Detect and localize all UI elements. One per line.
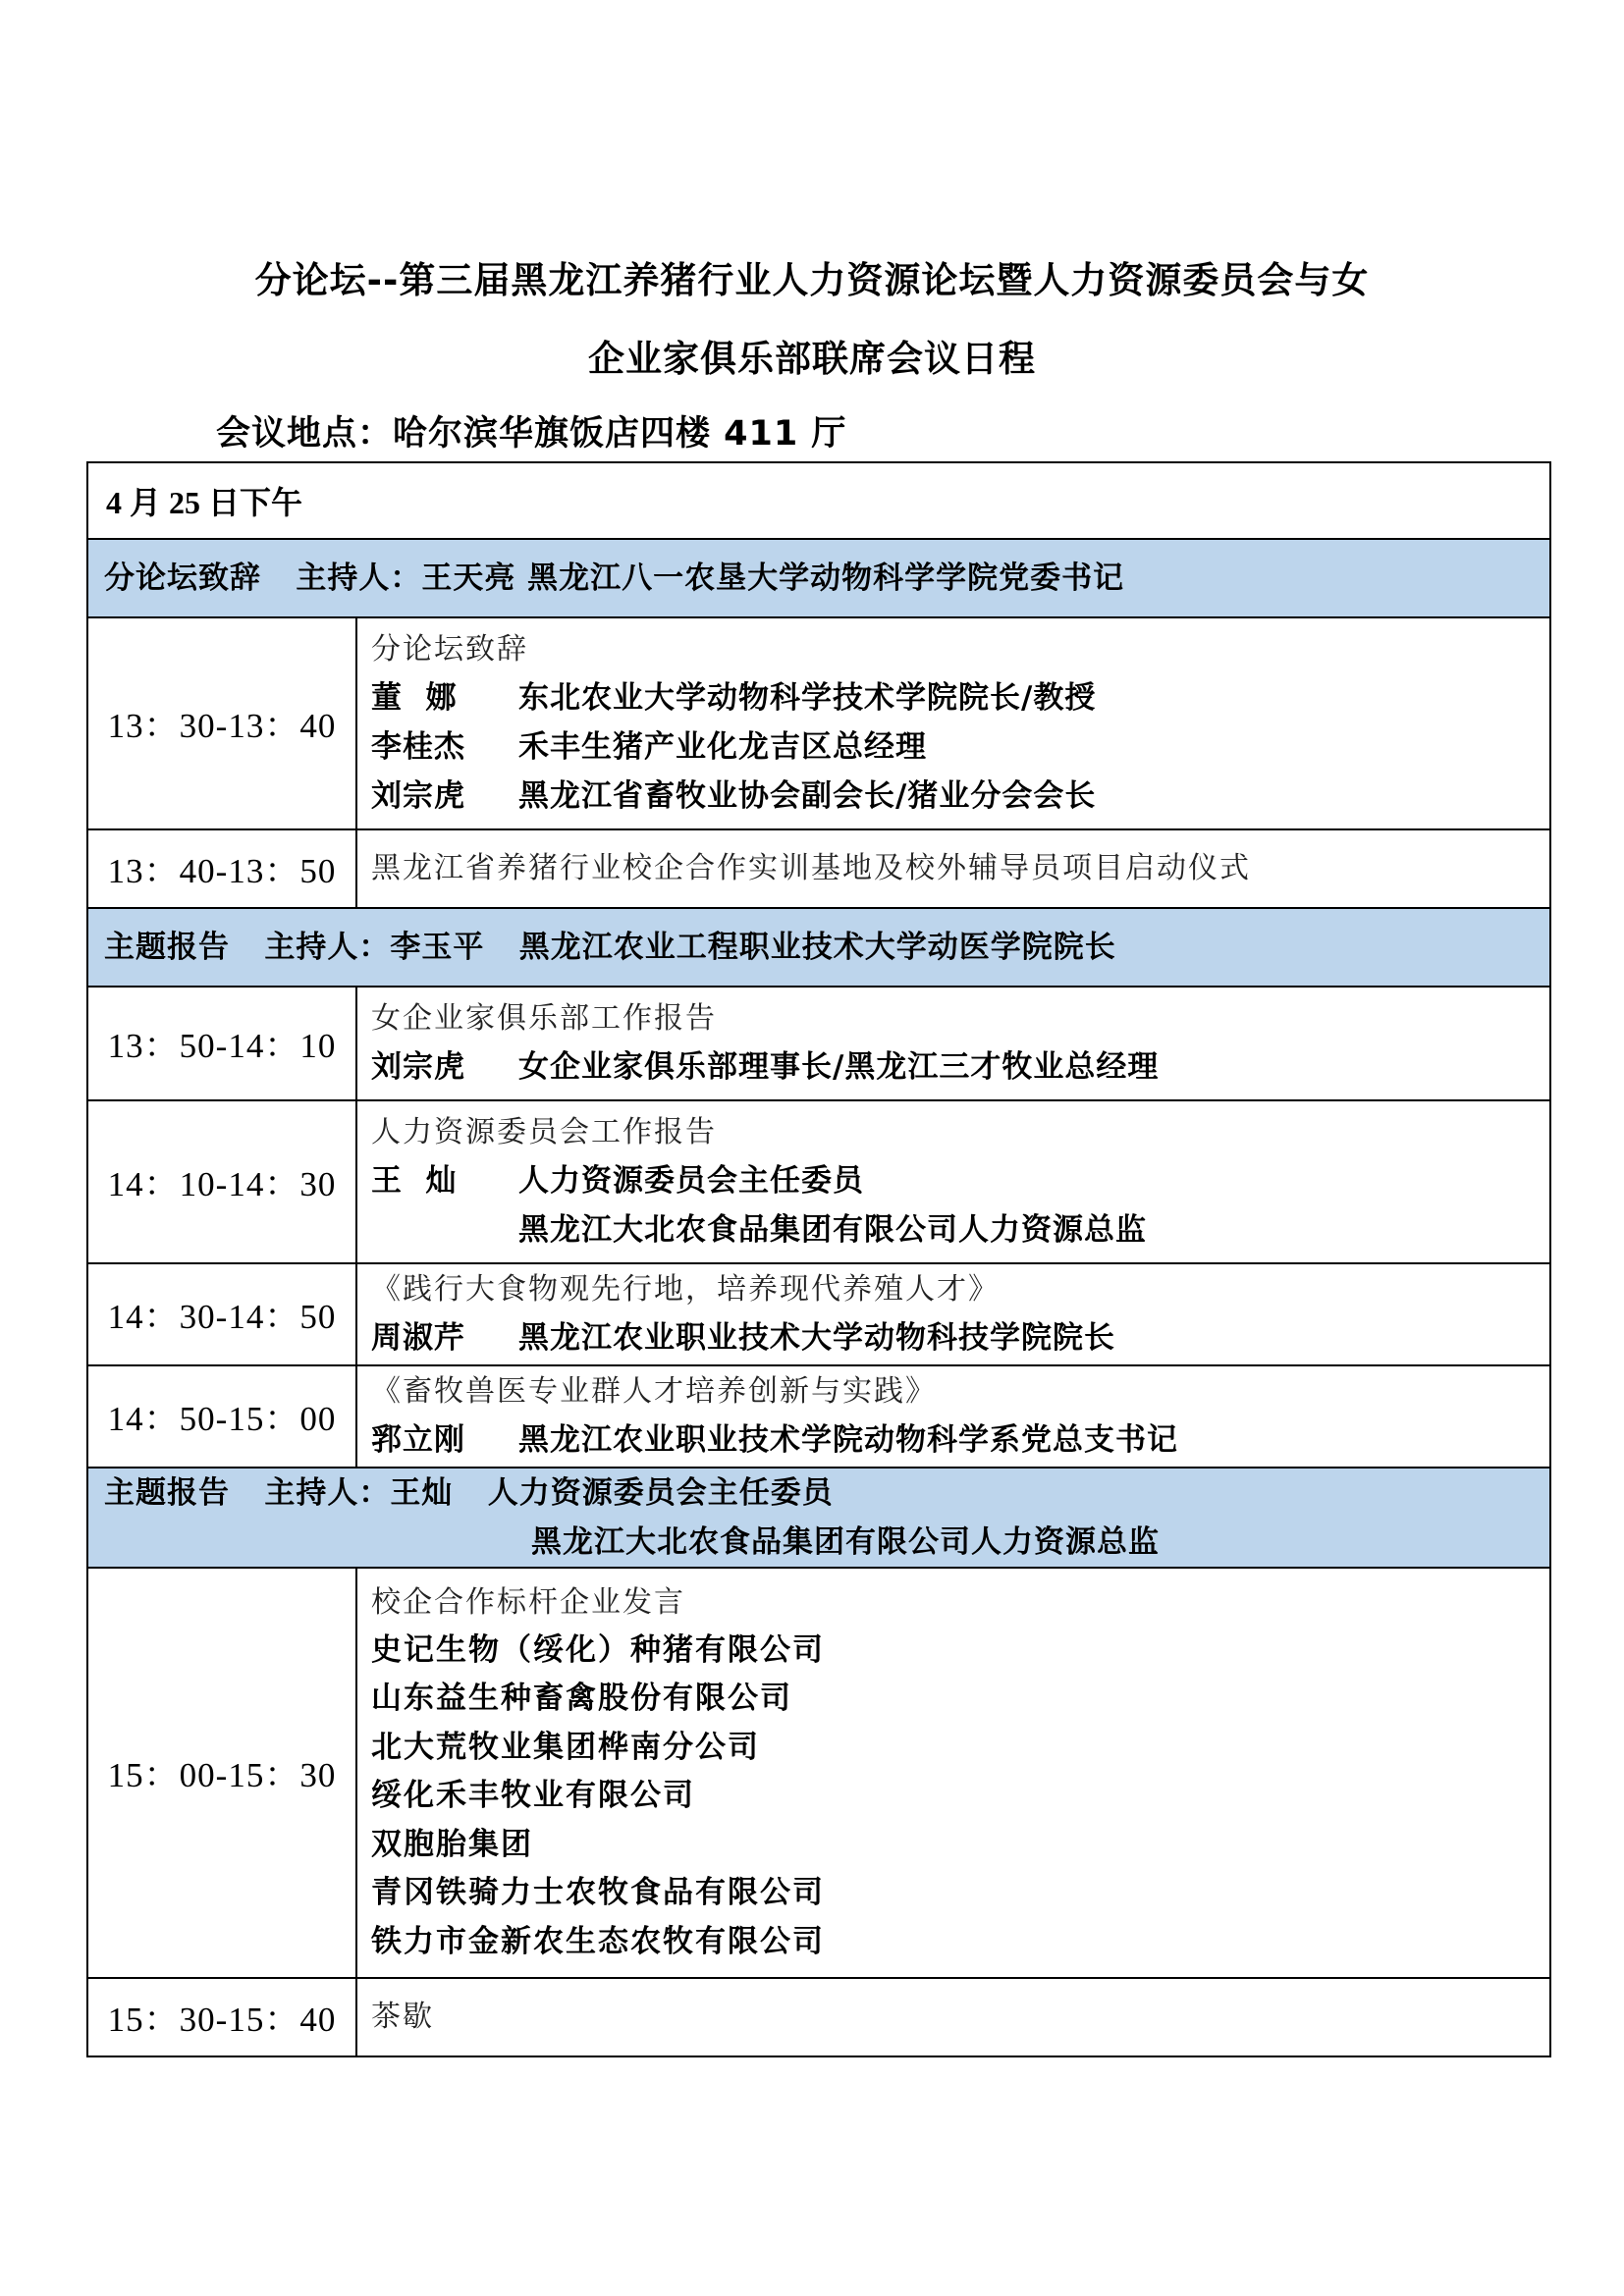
- speaker-entry: 郛立刚 黑龙江农业职业技术学院动物科学系党总支书记: [371, 1415, 1549, 1465]
- detail-cell: 《践行大食物观先行地，培养现代养殖人才》 周淑芹 黑龙江农业职业技术大学动物科技…: [356, 1263, 1550, 1365]
- speaker-name: 董 娜: [371, 673, 518, 722]
- speaker-entry: 刘宗虎 女企业家俱乐部理事长/黑龙江三才牧业总经理: [371, 1042, 1549, 1092]
- speaker-role: 人力资源委员会主任委员 黑龙江大北农食品集团有限公司人力资源总监: [518, 1156, 1549, 1255]
- date-row: 4 月 25 日下午: [87, 462, 1550, 539]
- time-slot: 13：50-14：10: [87, 987, 356, 1100]
- speaker-role: 黑龙江省畜牧业协会副会长/猪业分会会长: [518, 772, 1549, 821]
- speaker-name: 刘宗虎: [371, 772, 518, 821]
- time-slot: 14：30-14：50: [87, 1263, 356, 1365]
- speaker-role: 黑龙江农业职业技术学院动物科学系党总支书记: [518, 1415, 1549, 1465]
- venue-label: 会议地点：哈尔滨华旗饭店四楼 411 厅: [216, 406, 846, 455]
- document-title-line1: 分论坛--第三届黑龙江养猪行业人力资源论坛暨人力资源委员会与女: [0, 250, 1624, 303]
- company-item: 铁力市金新农生态农牧有限公司: [371, 1918, 1549, 1967]
- company-item: 绥化禾丰牧业有限公司: [371, 1772, 1549, 1821]
- table-row: 14：50-15：00 《畜牧兽医专业群人才培养创新与实践》 郛立刚 黑龙江农业…: [87, 1365, 1550, 1468]
- detail-cell: 女企业家俱乐部工作报告 刘宗虎 女企业家俱乐部理事长/黑龙江三才牧业总经理: [356, 987, 1550, 1100]
- time-slot: 15：30-15：40: [87, 1978, 356, 2056]
- section-header: 主题报告 主持人：王灿 人力资源委员会主任委员 黑龙江大北农食品集团有限公司人力…: [87, 1468, 1550, 1568]
- speaker-name: 刘宗虎: [371, 1042, 518, 1092]
- speaker-role: 女企业家俱乐部理事长/黑龙江三才牧业总经理: [518, 1042, 1549, 1092]
- detail-cell: 茶歇: [356, 1978, 1550, 2056]
- speaker-name: 郛立刚: [371, 1415, 518, 1465]
- section-header-row: 主题报告 主持人：李玉平 黑龙江农业工程职业技术大学动医学院院长: [87, 908, 1550, 987]
- speaker-role: 禾丰生猪产业化龙吉区总经理: [518, 722, 1549, 772]
- topic-label: 校企合作标杆企业发言: [371, 1579, 1549, 1627]
- table-row: 14：10-14：30 人力资源委员会工作报告 王 灿 人力资源委员会主任委员 …: [87, 1100, 1550, 1263]
- speaker-role-line2: 黑龙江大北农食品集团有限公司人力资源总监: [518, 1212, 1147, 1248]
- speaker-entry: 王 灿 人力资源委员会主任委员 黑龙江大北农食品集团有限公司人力资源总监: [371, 1156, 1549, 1255]
- section-header-row: 分论坛致辞 主持人：王天亮 黑龙江八一农垦大学动物科学学院党委书记: [87, 539, 1550, 617]
- section-header-text: 分论坛致辞 主持人：王天亮 黑龙江八一农垦大学动物科学学院党委书记: [104, 554, 1549, 603]
- date-label: 4 月 25 日下午: [87, 462, 1550, 539]
- company-item: 双胞胎集团: [371, 1821, 1549, 1870]
- section-header-text: 主题报告 主持人：王灿 人力资源委员会主任委员: [104, 1468, 1549, 1518]
- time-slot: 14：50-15：00: [87, 1365, 356, 1468]
- topic-label: 黑龙江省养猪行业校企合作实训基地及校外辅导员项目启动仪式: [371, 845, 1549, 892]
- table-row: 13：40-13：50 黑龙江省养猪行业校企合作实训基地及校外辅导员项目启动仪式: [87, 829, 1550, 908]
- topic-label: 人力资源委员会工作报告: [371, 1109, 1549, 1156]
- schedule-table: 4 月 25 日下午 分论坛致辞 主持人：王天亮 黑龙江八一农垦大学动物科学学院…: [86, 461, 1551, 2057]
- section-header-row: 主题报告 主持人：王灿 人力资源委员会主任委员 黑龙江大北农食品集团有限公司人力…: [87, 1468, 1550, 1568]
- section-header-text: 主题报告 主持人：李玉平 黑龙江农业工程职业技术大学动医学院院长: [104, 923, 1549, 972]
- topic-label: 分论坛致辞: [371, 626, 1549, 673]
- table-row: 13：50-14：10 女企业家俱乐部工作报告 刘宗虎 女企业家俱乐部理事长/黑…: [87, 987, 1550, 1100]
- detail-cell: 校企合作标杆企业发言 史记生物（绥化）种猪有限公司 山东益生种畜禽股份有限公司 …: [356, 1568, 1550, 1978]
- topic-label: 女企业家俱乐部工作报告: [371, 995, 1549, 1042]
- time-slot: 13：40-13：50: [87, 829, 356, 908]
- section-header: 主题报告 主持人：李玉平 黑龙江农业工程职业技术大学动医学院院长: [87, 908, 1550, 987]
- detail-cell: 黑龙江省养猪行业校企合作实训基地及校外辅导员项目启动仪式: [356, 829, 1550, 908]
- speaker-entry: 刘宗虎 黑龙江省畜牧业协会副会长/猪业分会会长: [371, 772, 1549, 821]
- time-slot: 15：00-15：30: [87, 1568, 356, 1978]
- topic-label: 《畜牧兽医专业群人才培养创新与实践》: [371, 1368, 1549, 1415]
- speaker-entry: 周淑芹 黑龙江农业职业技术大学动物科技学院院长: [371, 1313, 1549, 1362]
- time-slot: 14：10-14：30: [87, 1100, 356, 1263]
- table-row: 13：30-13：40 分论坛致辞 董 娜 东北农业大学动物科学技术学院院长/教…: [87, 617, 1550, 829]
- section-header: 分论坛致辞 主持人：王天亮 黑龙江八一农垦大学动物科学学院党委书记: [87, 539, 1550, 617]
- company-item: 山东益生种畜禽股份有限公司: [371, 1675, 1549, 1724]
- detail-cell: 《畜牧兽医专业群人才培养创新与实践》 郛立刚 黑龙江农业职业技术学院动物科学系党…: [356, 1365, 1550, 1468]
- speaker-entry: 董 娜 东北农业大学动物科学技术学院院长/教授: [371, 673, 1549, 722]
- company-item: 北大荒牧业集团桦南分公司: [371, 1724, 1549, 1773]
- table-row: 15：00-15：30 校企合作标杆企业发言 史记生物（绥化）种猪有限公司 山东…: [87, 1568, 1550, 1978]
- speaker-name: 周淑芹: [371, 1313, 518, 1362]
- detail-cell: 人力资源委员会工作报告 王 灿 人力资源委员会主任委员 黑龙江大北农食品集团有限…: [356, 1100, 1550, 1263]
- speaker-role-line1: 人力资源委员会主任委员: [518, 1163, 864, 1199]
- speaker-role: 黑龙江农业职业技术大学动物科技学院院长: [518, 1313, 1549, 1362]
- speaker-name: 王 灿: [371, 1156, 518, 1255]
- speaker-name: 李桂杰: [371, 722, 518, 772]
- speaker-role: 东北农业大学动物科学技术学院院长/教授: [518, 673, 1549, 722]
- company-item: 史记生物（绥化）种猪有限公司: [371, 1627, 1549, 1676]
- document-title-line2: 企业家俱乐部联席会议日程: [0, 329, 1624, 382]
- table-row: 15：30-15：40 茶歇: [87, 1978, 1550, 2056]
- speaker-entry: 李桂杰 禾丰生猪产业化龙吉区总经理: [371, 722, 1549, 772]
- time-slot: 13：30-13：40: [87, 617, 356, 829]
- section-header-text-line2: 黑龙江大北农食品集团有限公司人力资源总监: [104, 1518, 1549, 1567]
- topic-label: 茶歇: [371, 1994, 1549, 2041]
- topic-label: 《践行大食物观先行地，培养现代养殖人才》: [371, 1266, 1549, 1313]
- detail-cell: 分论坛致辞 董 娜 东北农业大学动物科学技术学院院长/教授 李桂杰 禾丰生猪产业…: [356, 617, 1550, 829]
- company-item: 青冈铁骑力士农牧食品有限公司: [371, 1869, 1549, 1918]
- table-row: 14：30-14：50 《践行大食物观先行地，培养现代养殖人才》 周淑芹 黑龙江…: [87, 1263, 1550, 1365]
